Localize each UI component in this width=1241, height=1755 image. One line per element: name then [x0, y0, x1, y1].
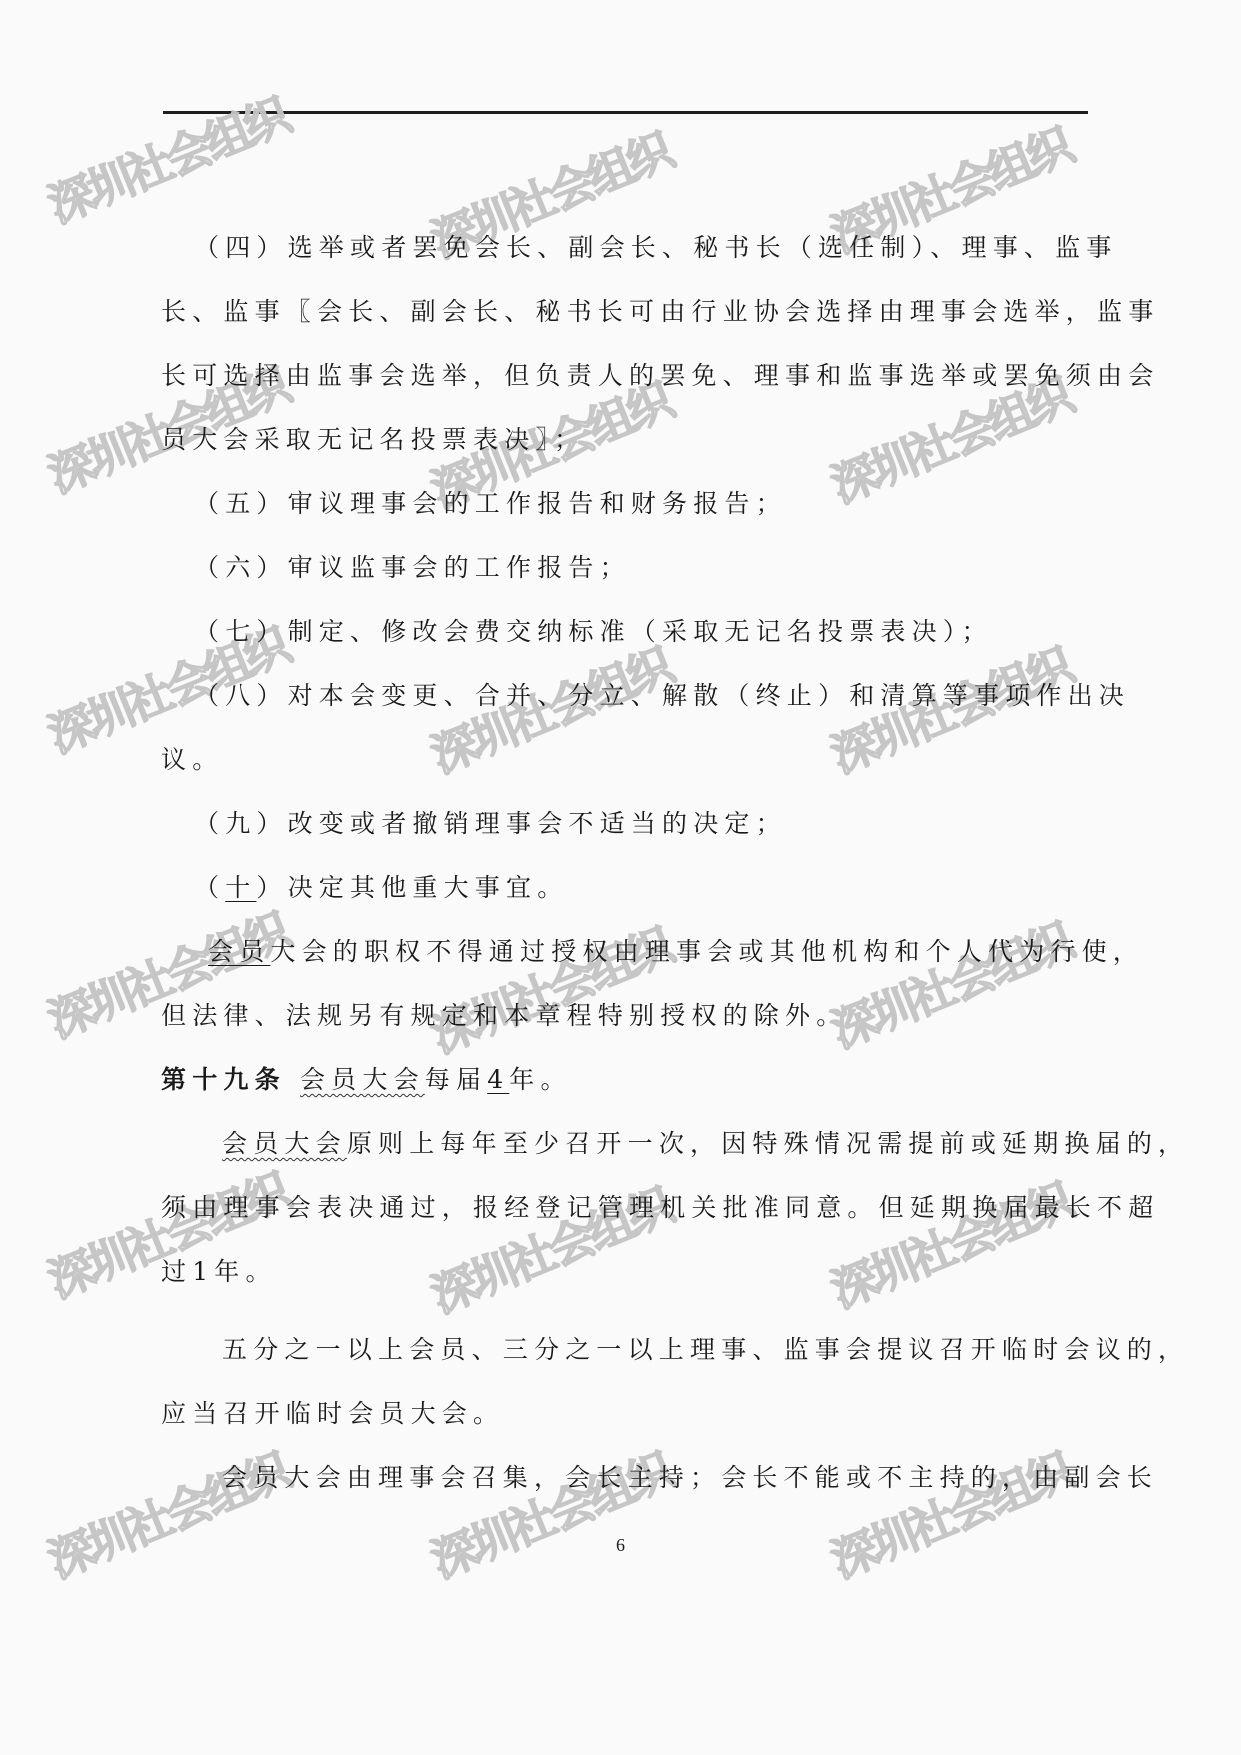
text-line: （七）制定、修改会费交纳标准（采取无记名投票表决）； — [194, 616, 993, 648]
line-text: 须由理事会表决通过，报经登记管理机关批准同意。但延期换届最长不超 — [161, 1193, 1159, 1222]
line-text: 会员大会由理事会召集，会长主持；会长不能或不主持的，由副会长 — [222, 1463, 1158, 1492]
line-text: 年。 — [509, 1065, 571, 1094]
page-number: 6 — [0, 1535, 1241, 1556]
article-heading-line: 第十九条 会员大会每届4年。 — [161, 1064, 572, 1096]
line-text: 每届 — [425, 1065, 487, 1094]
line-text: 大会的职权不得通过授权由理事会或其他机构和个人代为行使， — [270, 937, 1144, 966]
wavy-underlined-text: 会员大会 — [222, 1129, 347, 1158]
watermark: 深圳社会组织 — [820, 1165, 1078, 1321]
text-line: 五分之一以上会员、三分之一以上理事、监事会提议召开临时会议的， — [222, 1334, 1189, 1366]
watermark: 深圳社会组织 — [420, 910, 678, 1066]
line-text: （六）审议监事会的工作报告； — [194, 553, 631, 582]
text-line: 员大会采取无记名投票表决〗； — [161, 424, 585, 456]
text-line: （四）选举或者罢免会长、副会长、秘书长（选任制）、理事、监事 — [194, 232, 1118, 264]
line-text: 但法律、法规另有规定和本章程特别授权的除外。 — [161, 1001, 847, 1030]
line-text: 原则上每年至少召开一次，因特殊情况需提前或延期换届的， — [347, 1129, 1189, 1158]
line-text: 应当召开临时会员大会。 — [161, 1399, 504, 1428]
text-line: （八）对本会变更、合并、分立、解散（终止）和清算等事项作出决 — [194, 680, 1130, 712]
text-line: 议。 — [161, 744, 223, 776]
text-line: 但法律、法规另有规定和本章程特别授权的除外。 — [161, 1000, 847, 1032]
underlined-number: 4 — [487, 1065, 509, 1094]
text-line: 会员大会由理事会召集，会长主持；会长不能或不主持的，由副会长 — [222, 1462, 1158, 1494]
text-line: 应当召开临时会员大会。 — [161, 1398, 504, 1430]
text-line: （九）改变或者撤销理事会不适当的决定； — [194, 808, 787, 840]
text-line: 过1年。 — [161, 1256, 277, 1288]
watermark: 深圳社会组织 — [820, 1435, 1078, 1591]
underlined-text: 会员 — [208, 937, 270, 966]
line-text: ）决定其他重大事宜。 — [256, 873, 568, 902]
article-number: 第十九条 — [161, 1065, 286, 1094]
line-text: 员大会采取无记名投票表决〗； — [161, 425, 585, 454]
text-line: 须由理事会表决通过，报经登记管理机关批准同意。但延期换届最长不超 — [161, 1192, 1159, 1224]
watermark: 深圳社会组织 — [37, 80, 295, 236]
text-line: （六）审议监事会的工作报告； — [194, 552, 631, 584]
watermark: 深圳社会组织 — [820, 905, 1078, 1061]
watermark: 深圳社会组织 — [37, 1435, 295, 1591]
text-line: 会员大会的职权不得通过授权由理事会或其他机构和个人代为行使， — [208, 936, 1144, 968]
text-line: 会员大会原则上每年至少召开一次，因特殊情况需提前或延期换届的， — [222, 1128, 1189, 1160]
line-text: （九）改变或者撤销理事会不适当的决定； — [194, 809, 787, 838]
document-page: 深圳社会组织 深圳社会组织 深圳社会组织 深圳社会组织 深圳社会组织 深圳社会组… — [0, 0, 1241, 1755]
header-rule — [163, 111, 1088, 114]
line-text: （八）对本会变更、合并、分立、解散（终止）和清算等事项作出决 — [194, 681, 1130, 710]
line-text: （七）制定、修改会费交纳标准（采取无记名投票表决）； — [194, 617, 993, 646]
line-text: （四）选举或者罢免会长、副会长、秘书长（选任制）、理事、监事 — [194, 233, 1118, 262]
line-text: 议。 — [161, 745, 223, 774]
line-text: 过1年。 — [161, 1257, 277, 1286]
underlined-text: 十 — [225, 873, 256, 902]
text-line: 长、监事〖会长、副会长、秘书长可由行业协会选择由理事会选举，监事 — [161, 296, 1159, 328]
text-line: （五）审议理事会的工作报告和财务报告； — [194, 488, 787, 520]
line-text: （五）审议理事会的工作报告和财务报告； — [194, 489, 787, 518]
wavy-underlined-text: 会员大会 — [300, 1065, 425, 1094]
watermark: 深圳社会组织 — [420, 1435, 678, 1591]
line-text: 长可选择由监事会选举，但负责人的罢免、理事和监事选举或罢免须由会 — [161, 361, 1159, 390]
line-text: （ — [194, 873, 225, 902]
text-line: 长可选择由监事会选举，但负责人的罢免、理事和监事选举或罢免须由会 — [161, 360, 1159, 392]
text-line: （十）决定其他重大事宜。 — [194, 872, 568, 904]
spacer — [286, 1065, 300, 1094]
line-text: 长、监事〖会长、副会长、秘书长可由行业协会选择由理事会选举，监事 — [161, 297, 1159, 326]
line-text: 五分之一以上会员、三分之一以上理事、监事会提议召开临时会议的， — [222, 1335, 1189, 1364]
